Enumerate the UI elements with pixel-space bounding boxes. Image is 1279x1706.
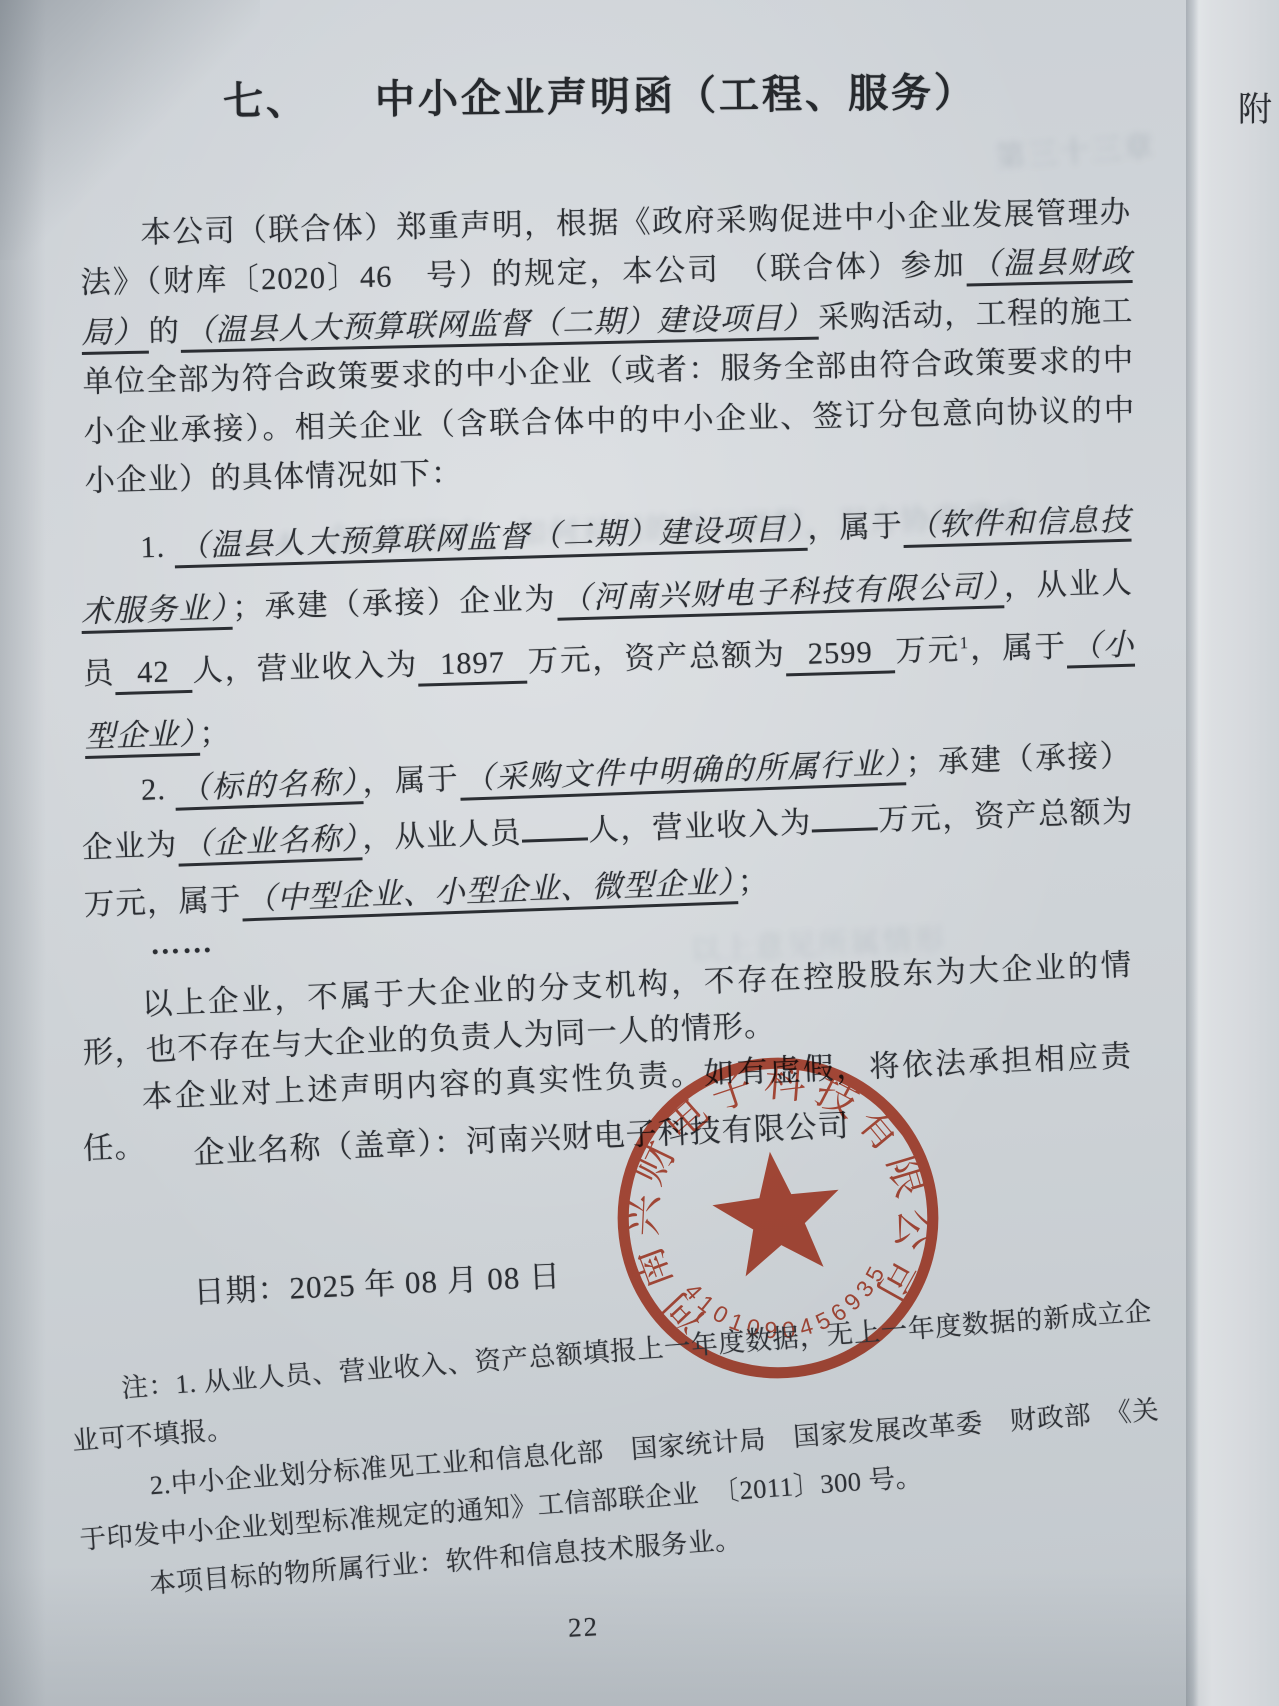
item-text: ； <box>737 864 770 899</box>
revenue-value: 1897 <box>418 645 528 687</box>
item-text: ，属于 <box>807 509 904 546</box>
item-text: ；承建（承接）企业为 <box>232 581 558 624</box>
attachment-label: 附 <box>1238 82 1272 131</box>
item-text: ，从业人员 <box>362 816 523 856</box>
contractor-company-value: （河南兴财电子科技有限公司） <box>556 569 1004 620</box>
ellipsis-line: …… <box>149 926 214 962</box>
item-text: ； <box>199 715 231 750</box>
item-number: 2. <box>140 772 166 807</box>
item-text: 万元 <box>894 633 960 669</box>
item-text: ，属于 <box>969 630 1067 667</box>
item-1: 1. （温县人大预算联网监督（二期）建设项目），属于（软件和信息技术服务业）；承… <box>79 489 1138 768</box>
item-text: 万元，资产总额为 <box>527 637 787 678</box>
item-text: 人，营业收入为 <box>587 806 812 848</box>
project-name-value: （温县人大预算联网监督（二期）建设项目） <box>174 512 808 569</box>
subject-name-placeholder: （标的名称） <box>175 765 363 811</box>
item-text: ，属于 <box>362 762 460 799</box>
item-number: 1. <box>140 530 166 565</box>
item-text: 万元，属于 <box>83 882 242 921</box>
industry-placeholder: （采购文件中明确的所属行业） <box>459 746 906 801</box>
blank-revenue-field <box>811 797 878 833</box>
declaration-paragraph: 本公司（联合体）郑重声明，根据《政府采购促进中小企业发展管理办法》（财库〔202… <box>79 188 1137 506</box>
scanned-document-page: 第三十三章 13.4 合同期限内，如何对间的进行调整，双方协商确定 以上意见所属… <box>0 0 1279 1706</box>
page-curl-edge <box>1186 0 1279 1706</box>
assets-value: 2599 <box>785 634 895 676</box>
footnote-mark: 1 <box>959 633 969 652</box>
seal-star-icon <box>707 1144 848 1279</box>
page-title: 七、 中小企业声明函（工程、服务） <box>60 59 1141 129</box>
employee-count-value: 42 <box>115 654 193 695</box>
company-name-placeholder: （企业名称） <box>177 822 363 867</box>
item-2: 2. （标的名称），属于（采购文件中明确的所属行业）；承建（承接）企业为（企业名… <box>79 727 1136 933</box>
item-text: 人，营业收入为 <box>191 648 418 688</box>
item-text: 万元，资产总额为 <box>877 795 1134 838</box>
footnotes: 注：1. 从业人员、营业收入、资产总额填报上一年度数据，无上一年度数据的新成立企… <box>67 1287 1168 1614</box>
project-name-underline: （温县人大预算联网监督（二期）建设项目） <box>180 300 819 352</box>
bleedthrough-text: 第三十三章 <box>994 117 1217 176</box>
paragraph-text: 的 <box>148 314 180 349</box>
enterprise-type-options: （中型企业、小型企业、微型企业） <box>241 865 739 921</box>
left-edge-shadow <box>0 0 46 1706</box>
page-number: 22 <box>567 1611 600 1644</box>
blank-employee-field <box>521 807 588 843</box>
